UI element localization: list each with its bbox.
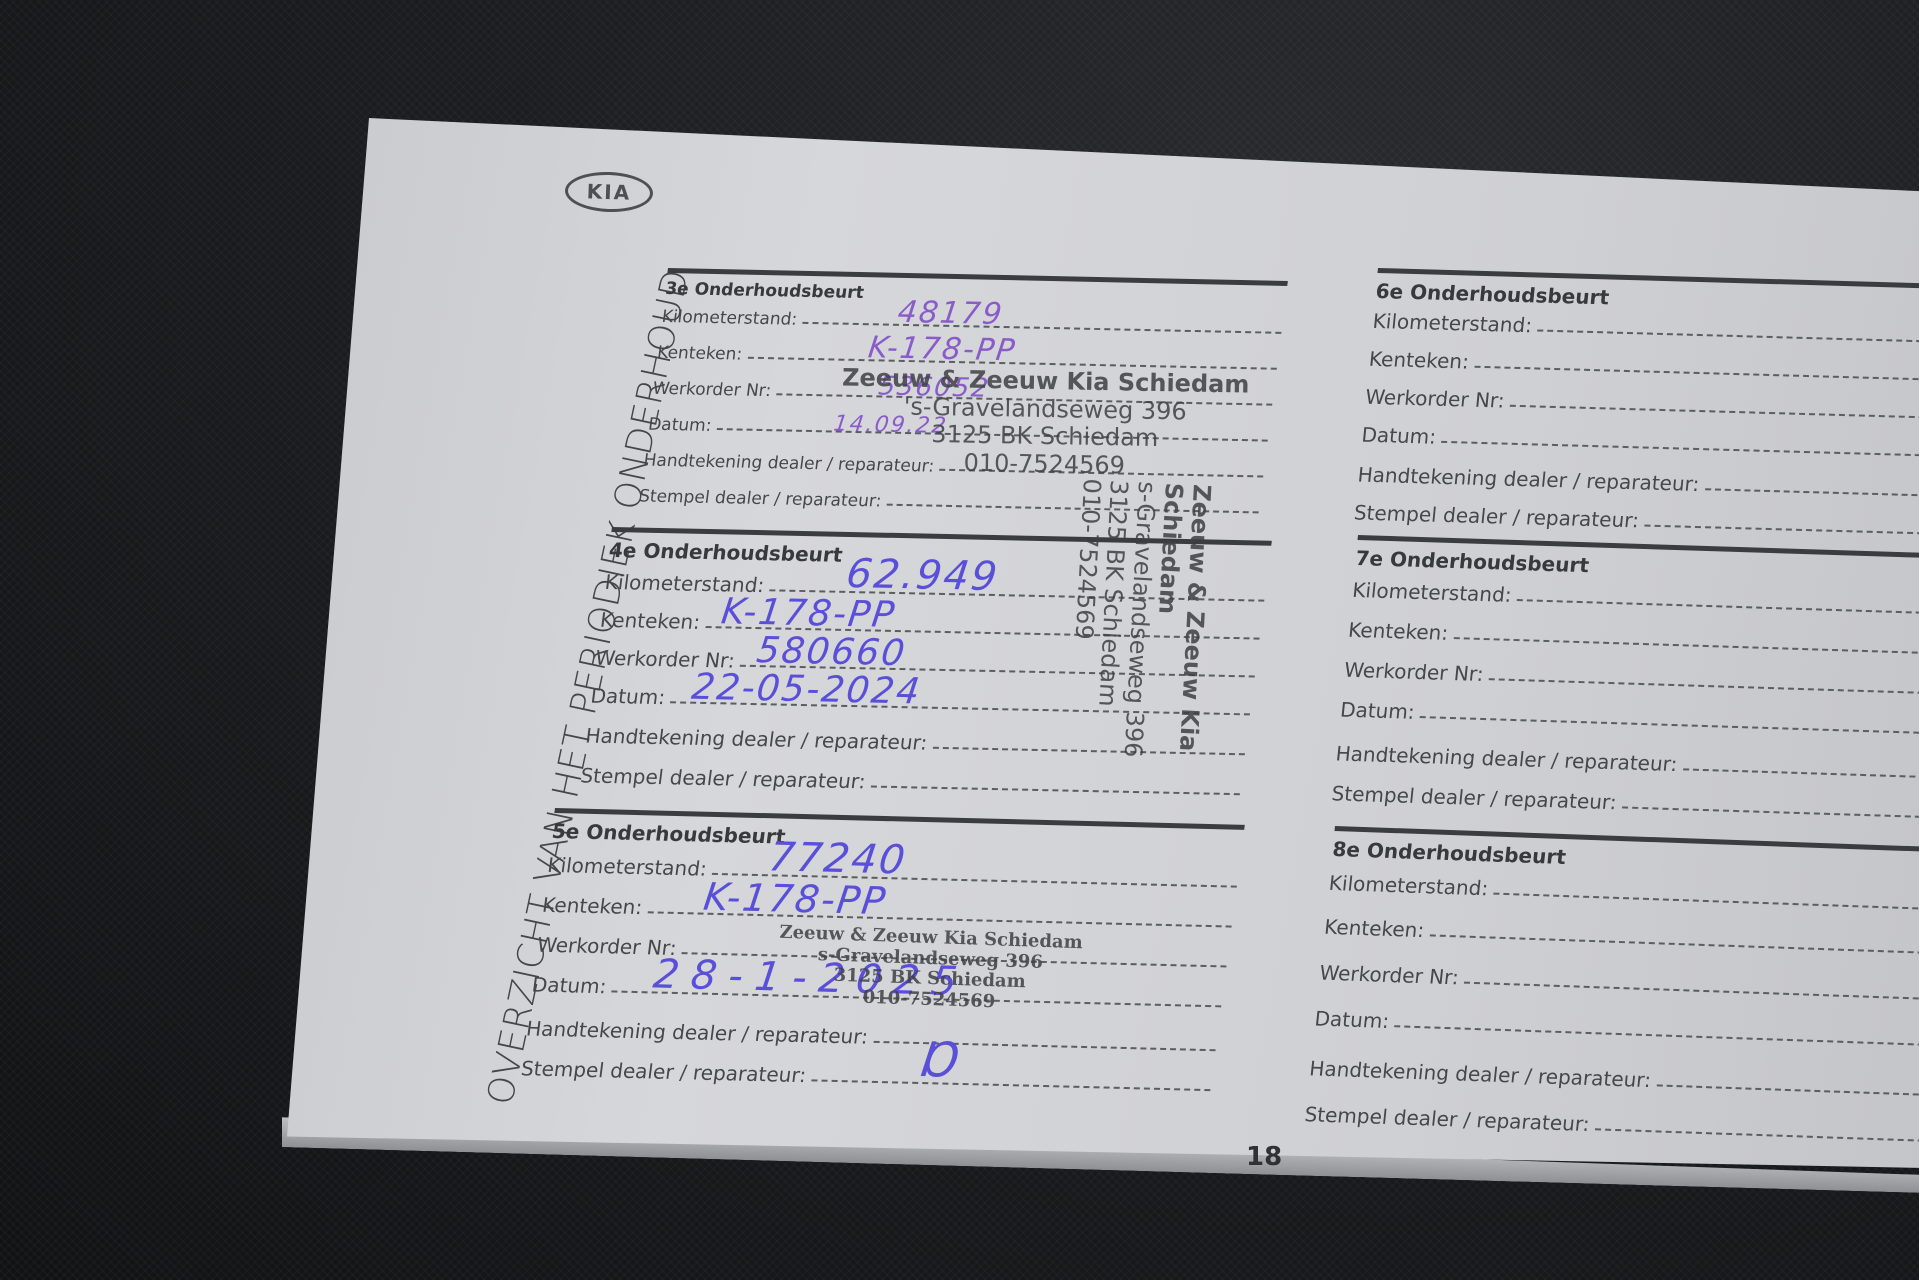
field-label: Kilometerstand: (661, 307, 799, 330)
dealer-stamp-3: Zeeuw & Zeeuw Kia Schiedam 's-Gravelands… (834, 364, 1256, 482)
service-section-6: 6e Onderhoudsbeurt Kilometerstand: Kente… (1353, 268, 1919, 541)
dashed-line (1705, 488, 1919, 496)
field-label: Datum: (1360, 423, 1437, 449)
field-label: Kenteken: (1347, 618, 1449, 645)
dealer-stamp-5: Zeeuw & Zeeuw Kia Schiedam s-Gravelandse… (749, 922, 1112, 1017)
handwritten-km: 62.949 (844, 551, 1002, 600)
handwritten-kenteken: K-178-PP (866, 330, 1018, 368)
service-section-8: 8e Onderhoudsbeurt Kilometerstand: Kente… (1303, 826, 1919, 1148)
field-label: Datum: (647, 415, 713, 436)
maintenance-booklet: KIA OVERZICHT VAN HET PERIODIEK ONDERHOU… (0, 0, 1919, 1280)
handwritten-signature: Ɒ (920, 1032, 967, 1089)
handwritten-kenteken: K-178-PP (701, 875, 890, 923)
handwritten-datum: 22-05-2024 (689, 667, 923, 713)
handwritten-km: 48179 (896, 295, 1006, 332)
page-number: 18 (1246, 1142, 1282, 1172)
field-label: Datum: (589, 684, 666, 710)
field-label: Kenteken: (1323, 915, 1425, 942)
field-label: Kenteken: (541, 893, 644, 919)
dashed-line (1644, 525, 1919, 535)
field-label: Datum: (1314, 1006, 1391, 1033)
service-section-7: 7e Onderhoudsbeurt Kilometerstand: Kente… (1331, 535, 1919, 824)
handwritten-kenteken: K-178-PP (719, 591, 898, 636)
field-label: Datum: (531, 973, 608, 999)
field-label: Kenteken: (1368, 347, 1470, 374)
field-label: Datum: (1339, 698, 1416, 724)
field-label: Kenteken: (656, 343, 743, 365)
field-label: Werkorder Nr: (651, 379, 772, 401)
field-label: Kenteken: (599, 608, 702, 634)
